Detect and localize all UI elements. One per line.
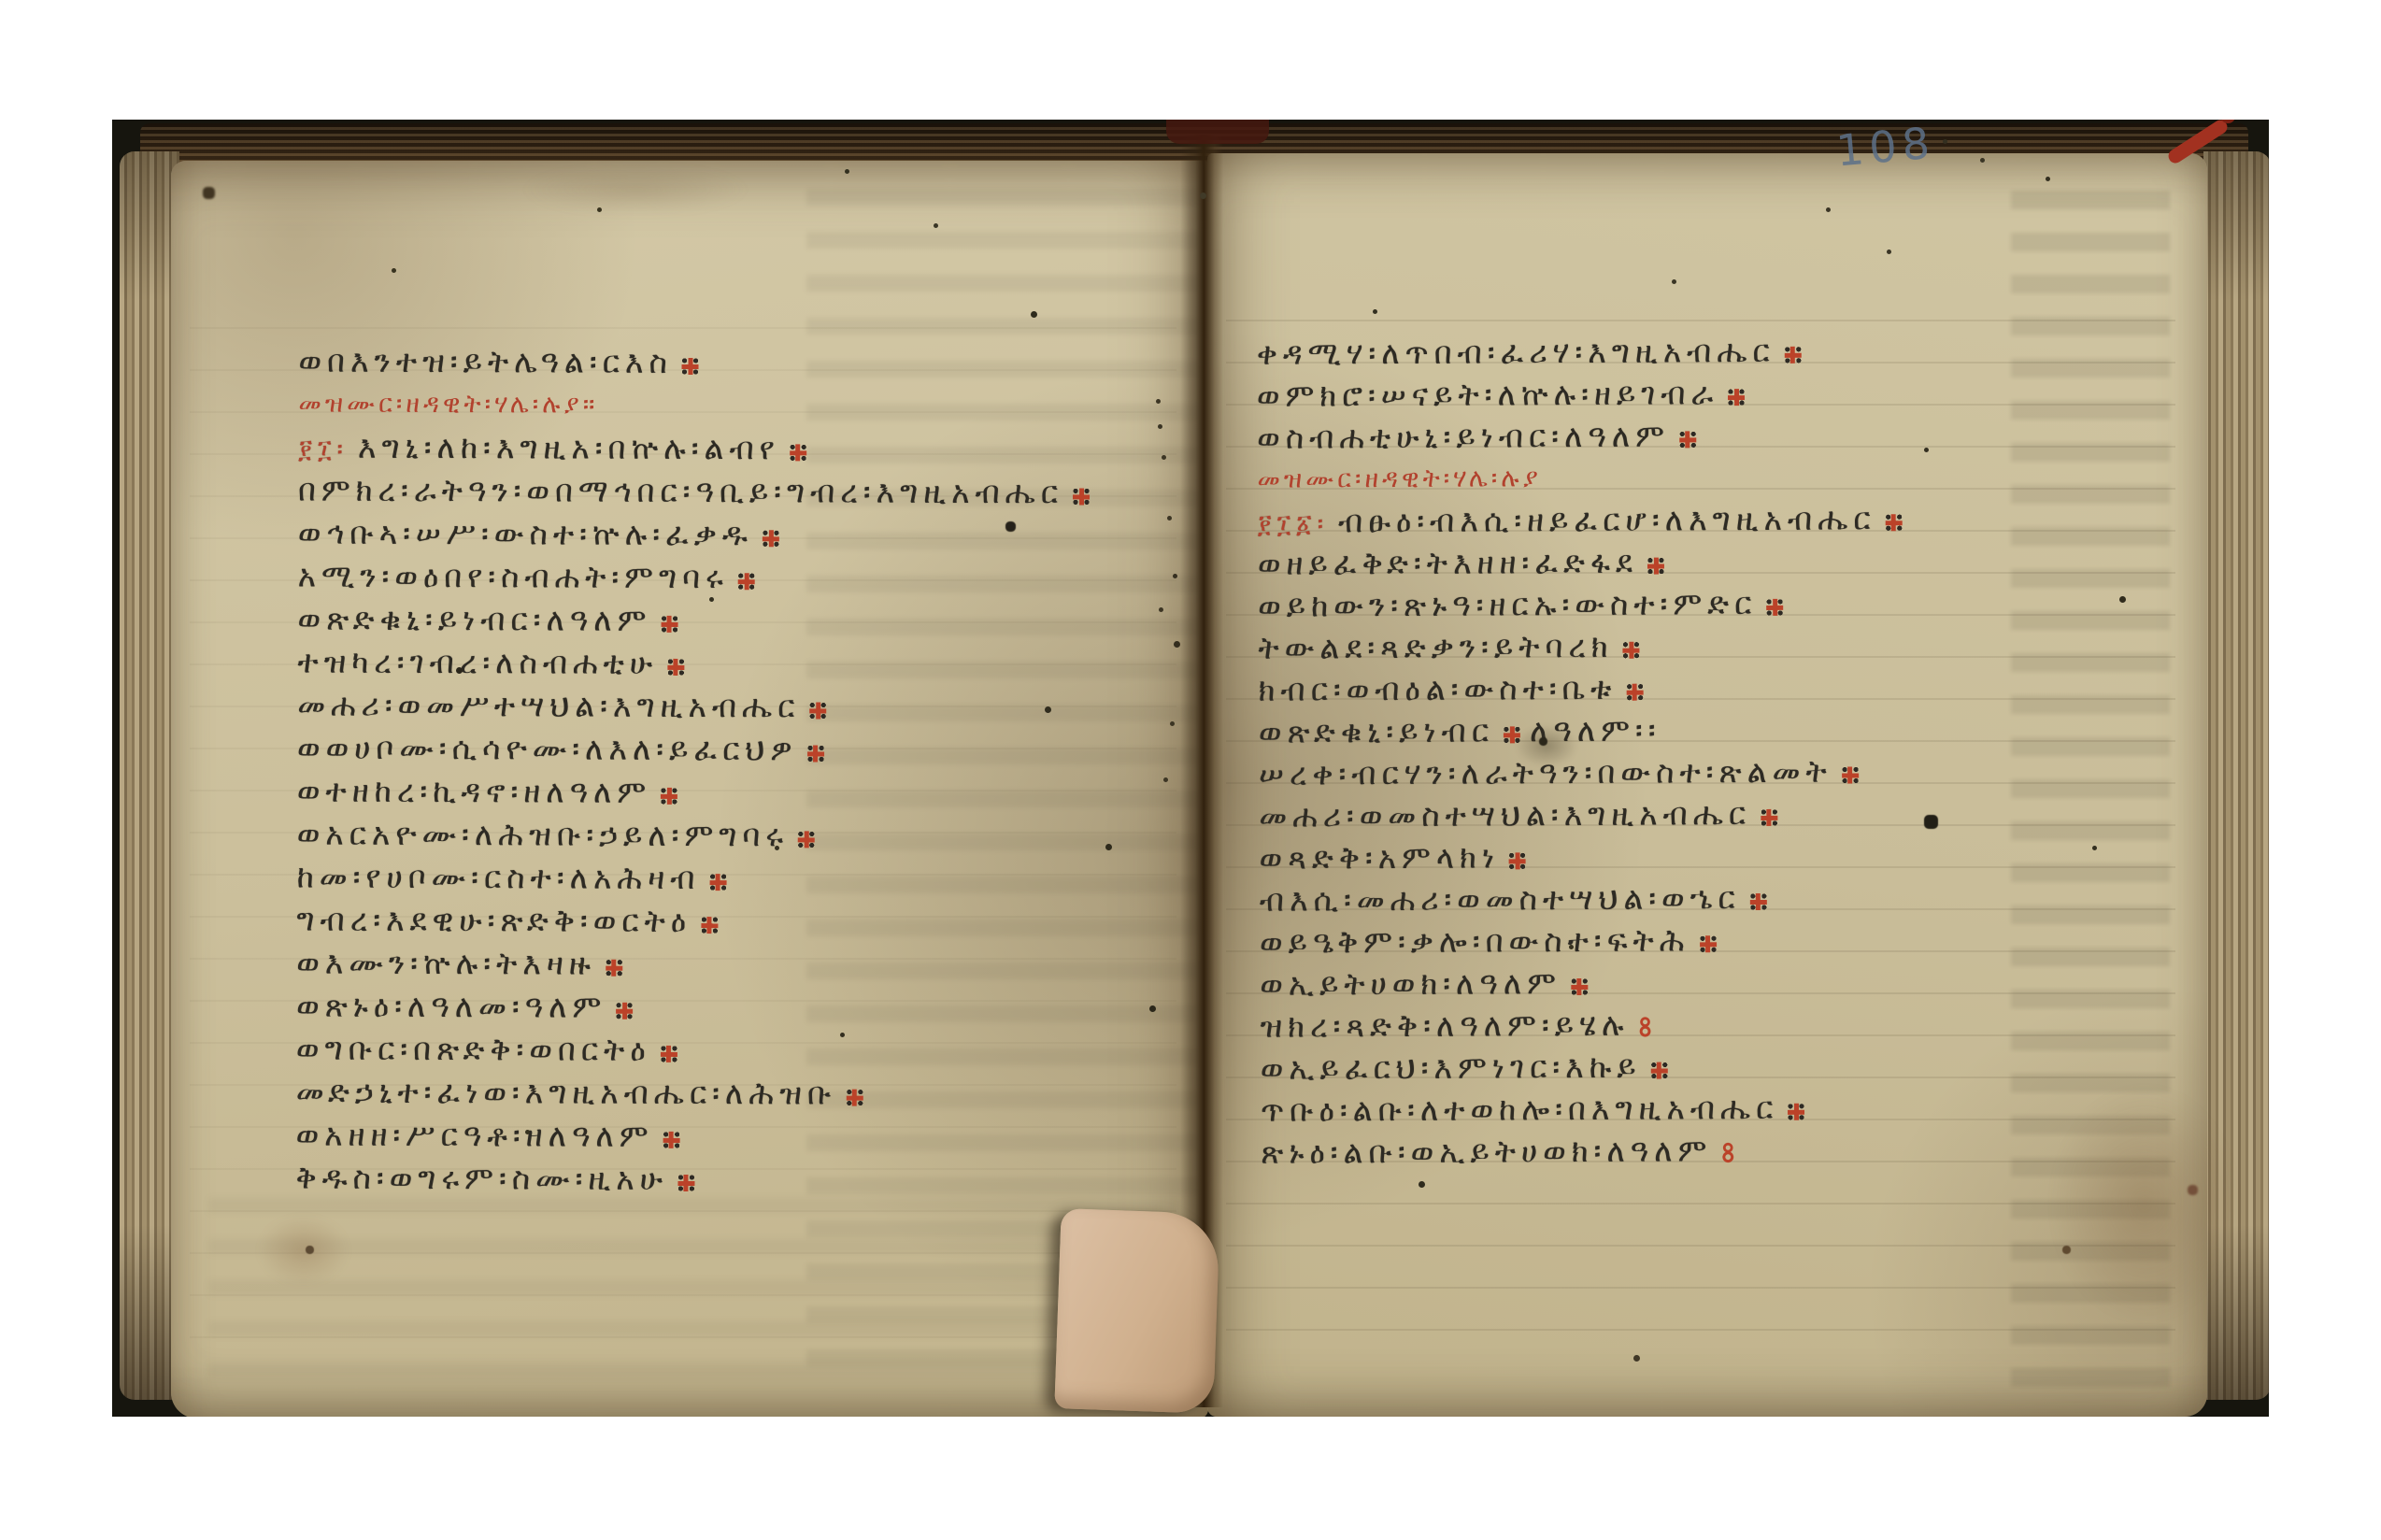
verse-divider-cross-icon [1571, 978, 1588, 995]
text-line: ወወሀቦሙ፡ሲሳዮሙ፡ለእለ፡ይፈርህዎ [297, 727, 1089, 773]
bleedthrough-ghost [208, 1198, 1180, 1394]
geez-text: ወስብሐቲሁኒ፡ይነብር፡ለዓለም [1257, 417, 1670, 455]
verse-divider-cross-icon [1750, 893, 1767, 910]
text-line: ፻፲፩፡ብፁዕ፡ብእሲ፡ዘይፈርሆ፡ለእግዚአብሔር [1258, 497, 1903, 543]
verse-divider-cross-icon [709, 874, 726, 891]
text-line: ቀዳሚሃ፡ለጥበብ፡ፈሪሃ፡እግዚአብሔር [1257, 329, 1902, 375]
geez-text: ወእሙን፡ኵሉ፡ትእዛዙ [296, 945, 596, 982]
verse-divider-cross-icon [1623, 642, 1640, 659]
text-line: ወጻድቅ፡አምላክነ [1259, 834, 1903, 879]
text-line: ተዝካረ፡ገብረ፡ለስብሐቲሁ [297, 641, 1089, 687]
text-line: ወይከውን፡ጽኑዓ፡ዘርኡ፡ውስተ፡ምድር [1258, 581, 1903, 627]
geez-text: ወጽድቁኒ፡ይነብር፡ለዓለም [297, 601, 651, 638]
verse-divider-cross-icon [1647, 558, 1664, 575]
geez-text: ወበእንተዝ፡ይትሌዓል፡ርእስ [298, 343, 672, 380]
text-line: ክብር፡ወብዕል፡ውስተ፡ቤቱ [1259, 665, 1903, 711]
text-line: ብእሲ፡መሐሪ፡ወመስተሣህል፡ወኄር [1260, 876, 1904, 921]
text-line: ወዘይፈቅድ፡ትእዘዘ፡ፈድፋደ [1258, 539, 1903, 585]
left-page: ወበእንተዝ፡ይትሌዓል፡ርእስመዝሙር፡ዘዳዊት፡ሃሌ፡ሉያ።፻፲፡እግኒ፡ለ… [171, 161, 1208, 1417]
ink-specks [112, 120, 115, 122]
text-line: ፻፲፡እግኒ፡ለከ፡እግዚአ፡በኵሉ፡ልብየ [298, 426, 1090, 472]
text-line: ቅዱስ፡ወግሩም፡ስሙ፡ዚአሁ [295, 1157, 1087, 1203]
verse-divider-cross-icon [677, 1175, 694, 1191]
psalm-number: ፻፲፡ [298, 435, 349, 464]
verse-divider-cross-icon [790, 444, 806, 461]
verse-divider-cross-icon [1785, 347, 1802, 364]
geez-text: ቀዳሚሃ፡ለጥበብ፡ፈሪሃ፡እግዚአብሔር [1257, 333, 1775, 372]
verse-divider-cross-icon [661, 616, 677, 633]
left-page-text: ወበእንተዝ፡ይትሌዓል፡ርእስመዝሙር፡ዘዳዊት፡ሃሌ፡ሉያ።፻፲፡እግኒ፡ለ… [295, 340, 1090, 1203]
verse-divider-cross-icon [701, 917, 718, 934]
text-line: ወእሙን፡ኵሉ፡ትእዛዙ [296, 942, 1088, 988]
verse-divider-cross-icon [1788, 1104, 1804, 1120]
text-line: ጥቡዕ፡ልቡ፡ለተወከሎ፡በእግዚአብሔር [1261, 1086, 1905, 1132]
book-gutter [1180, 135, 1223, 1407]
manuscript-photo: ወበእንተዝ፡ይትሌዓል፡ርእስመዝሙር፡ዘዳዊት፡ሃሌ፡ሉያ።፻፲፡እግኒ፡ለ… [112, 120, 2269, 1417]
geez-text: መድኃኒተ፡ፈነወ፡እግዚአብሔር፡ለሕዝቡ [296, 1074, 837, 1112]
text-line: መድኃኒተ፡ፈነወ፡እግዚአብሔር፡ለሕዝቡ [296, 1071, 1088, 1117]
geez-text: ወኅቡኣ፡ሠሥ፡ውስተ፡ኵሉ፡ፈቃዱ [298, 515, 753, 553]
geez-text: ብእሲ፡መሐሪ፡ወመስተሣህል፡ወኄር [1260, 879, 1741, 919]
verse-divider-cross-icon [661, 1046, 677, 1062]
text-line: ወኢይፈርህ፡እምነገር፡እኩይ [1261, 1044, 1905, 1090]
verse-divider-cross-icon [1626, 684, 1643, 701]
verse-divider-cross-icon [1651, 1062, 1668, 1079]
text-line: ጽኑዕ፡ልቡ፡ወኢይትሀወክ፡ለዓለም [1261, 1128, 1905, 1174]
page-curl-corner [1054, 1208, 1219, 1414]
geez-text: ወዘይፈቅድ፡ትእዘዘ፡ፈድፋደ [1258, 544, 1638, 582]
text-line: ወይዔቅም፡ቃሎ፡በውስተ፡ፍትሕ [1260, 918, 1904, 963]
geez-text: ወይዔቅም፡ቃሎ፡በውስተ፡ፍትሕ [1260, 921, 1690, 960]
geez-text: ለዓለም፡፡ [1530, 712, 1661, 749]
verse-divider-cross-icon [763, 530, 779, 547]
verse-divider-cross-icon [846, 1090, 863, 1106]
geez-text: ወአርአዮሙ፡ለሕዝቡ፡ኃይለ፡ምግባሩ [297, 816, 790, 854]
geez-text: ጥቡዕ፡ልቡ፡ለተወከሎ፡በእግዚአብሔር [1261, 1090, 1779, 1129]
verse-divider-cross-icon [1504, 726, 1520, 743]
geez-text: ወአዘዘ፡ሥርዓቶ፡ዘለዓለም [296, 1117, 654, 1154]
right-page: ቀዳሚሃ፡ለጥበብ፡ፈሪሃ፡እግዚአብሔርወምክሮ፡ሠናይት፡ለኵሉ፡ዘይገብራ… [1207, 153, 2207, 1417]
bleedthrough-ghost [2011, 191, 2170, 1396]
verse-divider-cross-icon [807, 745, 824, 762]
geez-text: ወወሀቦሙ፡ሲሳዮሙ፡ለእለ፡ይፈርህዎ [297, 730, 798, 768]
text-line: ሠረቀ፡ብርሃን፡ለራትዓን፡በውስተ፡ጽልመት [1259, 749, 1903, 795]
verse-divider-cross-icon [798, 831, 815, 848]
geez-text: ሠረቀ፡ብርሃን፡ለራትዓን፡በውስተ፡ጽልመት [1259, 753, 1832, 792]
verse-divider-eight-icon [1721, 1142, 1734, 1164]
text-line: ወበእንተዝ፡ይትሌዓል፡ርእስ [298, 340, 1090, 386]
geez-text: በምክረ፡ራትዓን፡ወበማኅበር፡ዓቢይ፡ግብረ፡እግዚአብሔር [298, 472, 1063, 511]
text-line: ወአርአዮሙ፡ለሕዝቡ፡ኃይለ፡ምግባሩ [297, 813, 1089, 859]
verse-divider-cross-icon [1073, 488, 1090, 505]
verse-divider-cross-icon [682, 358, 699, 375]
text-line: መዝሙር፡ዘዳዊት፡ሃሌ፡ሉያ። [298, 383, 1090, 429]
geez-text: ግብረ፡እደዊሁ፡ጽድቅ፡ወርትዕ [296, 902, 691, 939]
verse-divider-cross-icon [616, 1003, 633, 1020]
text-line: መዝሙር፡ዘዳዊት፡ሃሌ፡ሉያ [1257, 455, 1902, 501]
text-line: ወጽድቁኒ፡ይነብር፡ለዓለም [297, 598, 1089, 644]
verse-divider-cross-icon [738, 573, 755, 590]
verse-divider-cross-icon [663, 1132, 680, 1148]
psalm-number: ፻፲፩፡ [1258, 509, 1330, 538]
text-line: በምክረ፡ራትዓን፡ወበማኅበር፡ዓቢይ፡ግብረ፡እግዚአብሔር [298, 469, 1090, 515]
text-line: ወተዘከረ፡ኪዳኖ፡ዘለዓለም [297, 770, 1089, 816]
text-line: ወጽድቁኒ፡ይነብርለዓለም፡፡ [1259, 707, 1903, 753]
text-line: ትውልደ፡ጻድቃን፡ይትባረክ [1258, 623, 1903, 669]
geez-text: ወጽኑዕ፡ለዓለመ፡ዓለም [296, 988, 606, 1025]
geez-text: ወምክሮ፡ሠናይት፡ለኵሉ፡ዘይገብራ [1257, 375, 1718, 414]
geez-text: ክብር፡ወብዕል፡ውስተ፡ቤቱ [1259, 670, 1618, 708]
right-page-text: ቀዳሚሃ፡ለጥበብ፡ፈሪሃ፡እግዚአብሔርወምክሮ፡ሠናይት፡ለኵሉ፡ዘይገብራ… [1257, 329, 1906, 1174]
verse-divider-cross-icon [1766, 599, 1783, 616]
geez-text: ብፁዕ፡ብእሲ፡ዘይፈርሆ፡ለእግዚአብሔር [1338, 500, 1876, 539]
geez-text: መዝሙር፡ዘዳዊት፡ሃሌ፡ሉያ [1257, 463, 1542, 494]
geez-text: እግኒ፡ለከ፡እግዚአ፡በኵሉ፡ልብየ [358, 429, 780, 467]
geez-text: ወተዘከረ፡ኪዳኖ፡ዘለዓለም [297, 773, 651, 810]
verse-divider-cross-icon [606, 960, 622, 977]
geez-text: ወይከውን፡ጽኑዓ፡ዘርኡ፡ውስተ፡ምድር [1258, 585, 1757, 624]
folio-number: 108 [1834, 120, 1937, 177]
verse-divider-cross-icon [661, 788, 677, 805]
text-line: ግብረ፡እደዊሁ፡ጽድቅ፡ወርትዕ [296, 899, 1088, 945]
verse-divider-cross-icon [1679, 431, 1696, 448]
verse-divider-cross-icon [809, 702, 826, 719]
geez-text: ተዝካረ፡ገብረ፡ለስብሐቲሁ [297, 644, 658, 681]
text-line: መሐሪ፡ወመሥተሣህል፡እግዚአብሔር [297, 684, 1089, 730]
geez-text: ወግቡር፡በጽድቅ፡ወበርትዕ [296, 1031, 651, 1068]
text-line: ወስብሐቲሁኒ፡ይነብር፡ለዓለም [1257, 413, 1902, 459]
verse-divider-cross-icon [1700, 935, 1717, 952]
verse-divider-cross-icon [1509, 852, 1526, 869]
verse-divider-cross-icon [667, 659, 684, 676]
text-line: አሚን፡ወዕበየ፡ስብሐት፡ምግባሩ [298, 555, 1090, 601]
geez-text: ቅዱስ፡ወግሩም፡ስሙ፡ዚአሁ [295, 1160, 668, 1197]
text-line: ወአዘዘ፡ሥርዓቶ፡ዘለዓለም [296, 1114, 1088, 1160]
geez-text: ዝክረ፡ጻድቅ፡ለዓለም፡ይሄሉ [1260, 1006, 1629, 1045]
geez-text: አሚን፡ወዕበየ፡ስብሐት፡ምግባሩ [298, 558, 729, 596]
geez-text: ትውልደ፡ጻድቃን፡ይትባረክ [1258, 628, 1613, 666]
verse-divider-eight-icon [1639, 1017, 1652, 1039]
text-line: ወጽኑዕ፡ለዓለመ፡ዓለም [296, 985, 1088, 1031]
text-line: ከመ፡የሀቦሙ፡ርስተ፡ለአሕዛብ [297, 856, 1089, 902]
fore-edge-right [2203, 151, 2269, 1400]
text-line: ዝክረ፡ጻድቅ፡ለዓለም፡ይሄሉ [1260, 1002, 1904, 1048]
text-line: ወግቡር፡በጽድቅ፡ወበርትዕ [296, 1028, 1088, 1074]
geez-text: መሐሪ፡ወመሥተሣህል፡እግዚአብሔር [297, 687, 800, 725]
geez-text: ወጻድቅ፡አምላክነ [1259, 838, 1500, 876]
verse-divider-cross-icon [1728, 389, 1745, 406]
gutter-shadow-top [1166, 120, 1269, 144]
text-line: መሐሪ፡ወመስተሣህል፡እግዚአብሔር [1259, 791, 1903, 837]
geez-text: ወጽድቁኒ፡ይነብር [1259, 712, 1494, 749]
text-line: ወኅቡኣ፡ሠሥ፡ውስተ፡ኵሉ፡ፈቃዱ [298, 512, 1090, 558]
text-line: ወምክሮ፡ሠናይት፡ለኵሉ፡ዘይገብራ [1257, 371, 1902, 417]
verse-divider-cross-icon [1842, 766, 1859, 783]
geez-text: ጽኑዕ፡ልቡ፡ወኢይትሀወክ፡ለዓለም [1261, 1132, 1712, 1171]
verse-divider-cross-icon [1761, 809, 1777, 826]
verse-divider-cross-icon [1885, 514, 1902, 531]
geez-text: ከመ፡የሀቦሙ፡ርስተ፡ለአሕዛብ [297, 859, 701, 897]
geez-text: ወኢይትሀወክ፡ለዓለም [1260, 964, 1561, 1003]
geez-text: መዝሙር፡ዘዳዊት፡ሃሌ፡ሉያ። [298, 390, 598, 420]
geez-text: ወኢይፈርህ፡እምነገር፡እኩይ [1261, 1048, 1642, 1087]
text-line: ወኢይትሀወክ፡ለዓለም [1260, 960, 1904, 1005]
geez-text: መሐሪ፡ወመስተሣህል፡እግዚአብሔር [1259, 795, 1751, 834]
